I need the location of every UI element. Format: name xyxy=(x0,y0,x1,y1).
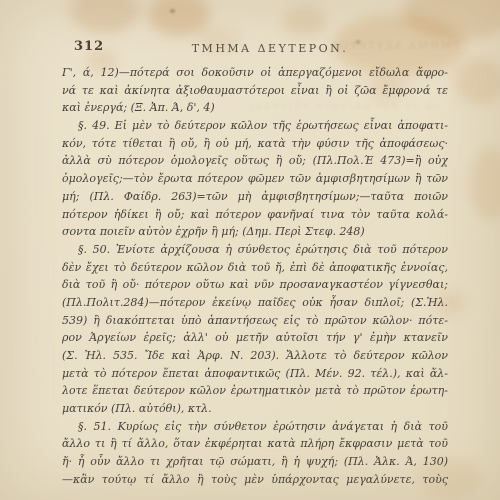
text-line-section-50-1: §. 50. Ἐνίοτε ἀρχίζουσα ἡ σύνθετος ἐρώτη… xyxy=(62,241,448,259)
paper-stain xyxy=(282,6,328,36)
text-line-section-50-2: δὲν ἔχει τὸ δεύτερον κῶλον διὰ τοῦ ἤ, ἐπ… xyxy=(62,259,448,277)
ink-speck xyxy=(170,9,175,13)
text-line-section-51-4: —κἂν τούτῳ τί ἄλλο ἢ τοὺς μὲν ὑπάρχοντας… xyxy=(62,471,448,489)
text-line-section-49-7: σοντα ποιεῖν αὐτὸν ἐχρῆν ἢ μή; (Δημ. Περ… xyxy=(62,223,448,241)
text-line-section-51-2: ἄλλο τι ἢ τί ἄλλο, ὅταν ἐκφέρηται κατὰ π… xyxy=(62,435,448,453)
text-line-section-50-9: λοτε ἕπεται δεύτερον κῶλον ἐρωτηματικὸν … xyxy=(62,382,448,400)
text-line-section-50-4: (Πλ.Πολιτ.284)—πότερον ἐκείνῳ παῖδες οὐκ… xyxy=(62,294,448,312)
paper-stain xyxy=(148,0,210,36)
text-line-section-50-3: διὰ τοῦ ἢ οὔ· πότερον οὕτω καὶ νῦν προσα… xyxy=(62,276,448,294)
text-line-section-50-7: (Σ. Ἠλ. 535. Ἴδε καὶ Ἀρφ. Ν. 203). Ἄλλοτ… xyxy=(62,347,448,365)
text-line-section-50-8: μετὰ τὸ πότερον ἕπεται ἀποφαντικῶς (Πλ. … xyxy=(62,365,448,383)
paper-stain xyxy=(455,58,500,104)
text-line-intro-continuation-2: νά τε καὶ ἀκίνητα ἀξιοθαυμαστότεροι εἶνα… xyxy=(62,82,448,100)
scanned-book-page: ΤΜΗΜΑ ΔΕΥΤΕΡΟΝ. νά τε καὶ ἀκίνητα ἀξιοθα… xyxy=(0,0,500,500)
paper-stain xyxy=(470,148,500,220)
text-line-section-49-2: κόν, τότε τίθεται ἢ οὔ, ἢ οὐ μή, κατὰ τὴ… xyxy=(62,135,448,153)
text-line-section-49-4: ὁμολογεῖς;—τὸν ἔρωτα πότερον φῶμεν τῶν ἀ… xyxy=(62,170,448,188)
text-line-section-50-6: ρον Ἀργείων ἐρεῖς; ἀλλ' οὐ μετῆν αὐτοῖσι… xyxy=(62,329,448,347)
text-line-section-51-3: ἤ· ἦ οὖν ἄλλο τι χρῆται τῷ σώματι, ἢ ἡ ψ… xyxy=(62,453,448,471)
page-number: 312 xyxy=(74,39,104,54)
text-line-section-49-1: §. 49. Εἰ μὲν τὸ δεύτερον κῶλον τῆς ἐρωτ… xyxy=(62,117,448,135)
text-line-section-51-1: §. 51. Κυρίως εἰς τὴν σύνθετον ἐρώτησιν … xyxy=(62,418,448,436)
text-line-section-50-10: ματικόν (Πλ. αὐτόθι), κτλ. xyxy=(62,400,448,418)
running-header: ΤΜΗΜΑ ΔΕΥΤΕΡΟΝ. xyxy=(150,42,390,55)
text-line-section-50-5: 539) ἢ διακόπτεται ὑπὸ ἀπαντήσεως εἰς τὸ… xyxy=(62,312,448,330)
body-text: Γ', ά, 12)—πότερά σοι δοκοῦσιν οἱ ἀπεργα… xyxy=(62,64,448,489)
text-line-intro-continuation-3: καὶ ἐνεργά; (Ξ. Ἀπ. Ά, δ', 4) xyxy=(62,99,448,117)
text-line-section-49-3: ἀλλὰ σὺ πότερον ὁμολογεῖς οὕτως ἢ οὔ; (Π… xyxy=(62,152,448,170)
text-line-section-49-6: πότερον ἠδίκει ἢ οὔ; καὶ πότερον φανῆναί… xyxy=(62,206,448,224)
text-line-intro-continuation-1: Γ', ά, 12)—πότερά σοι δοκοῦσιν οἱ ἀπεργα… xyxy=(62,64,448,82)
text-line-section-49-5: μή; (Πλ. Φαίδρ. 263)=τῶν μὴ ἀμφισβητησίμ… xyxy=(62,188,448,206)
paper-stain xyxy=(70,0,140,33)
